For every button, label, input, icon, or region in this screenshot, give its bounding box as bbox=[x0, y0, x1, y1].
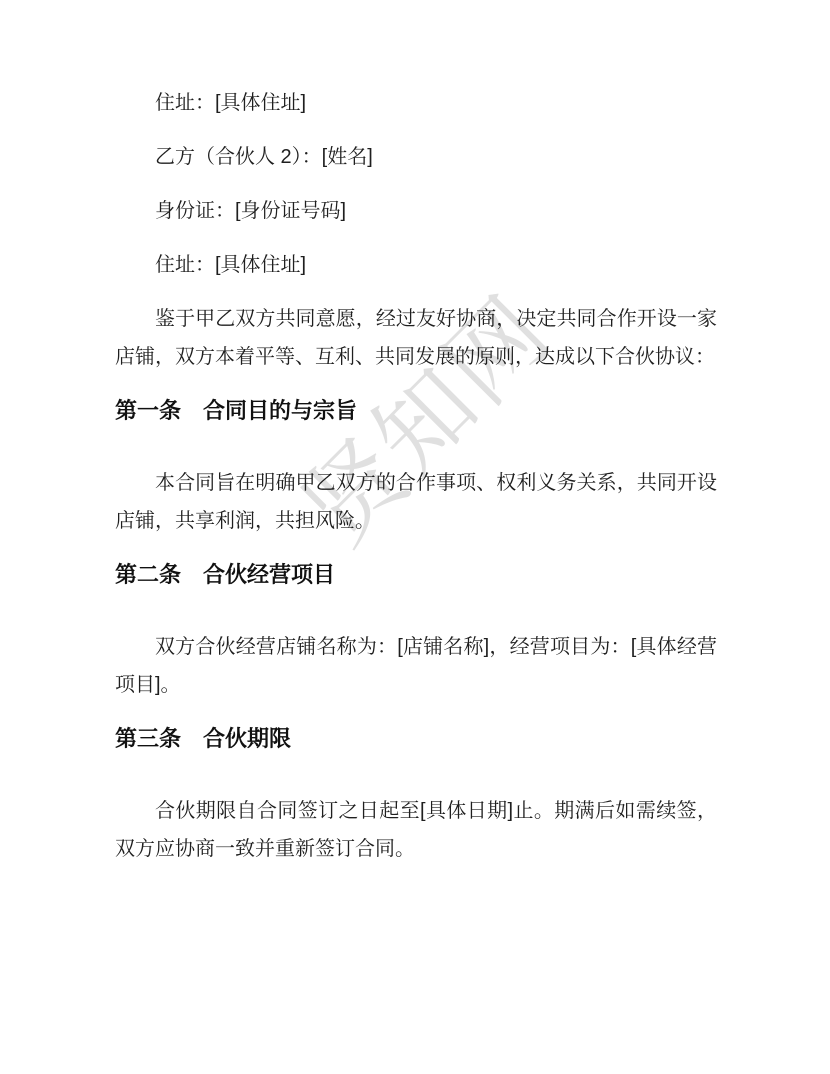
party-b-line: 乙方（合伙人 2）：[姓名] bbox=[115, 138, 717, 176]
id-card-line: 身份证：[身份证号码] bbox=[115, 192, 717, 230]
section-1-heading: 第一条 合同目的与宗旨 bbox=[115, 392, 717, 430]
section-3-heading: 第三条 合伙期限 bbox=[115, 720, 717, 758]
document-page: 贤知网 住址：[具体住址] 乙方（合伙人 2）：[姓名] 身份证：[身份证号码]… bbox=[0, 0, 830, 1074]
address-line-2: 住址：[具体住址] bbox=[115, 246, 717, 284]
section-2-heading: 第二条 合伙经营项目 bbox=[115, 556, 717, 594]
preamble-paragraph: 鉴于甲乙双方共同意愿，经过友好协商，决定共同合作开设一家店铺，双方本着平等、互利… bbox=[115, 300, 717, 376]
section-3-body: 合伙期限自合同签订之日起至[具体日期]止。期满后如需续签，双方应协商一致并重新签… bbox=[115, 792, 717, 868]
document-content: 住址：[具体住址] 乙方（合伙人 2）：[姓名] 身份证：[身份证号码] 住址：… bbox=[0, 0, 830, 868]
section-2-body: 双方合伙经营店铺名称为：[店铺名称]，经营项目为：[具体经营项目]。 bbox=[115, 628, 717, 704]
address-line-1: 住址：[具体住址] bbox=[115, 84, 717, 122]
section-1-body: 本合同旨在明确甲乙双方的合作事项、权利义务关系，共同开设店铺，共享利润，共担风险… bbox=[115, 464, 717, 540]
